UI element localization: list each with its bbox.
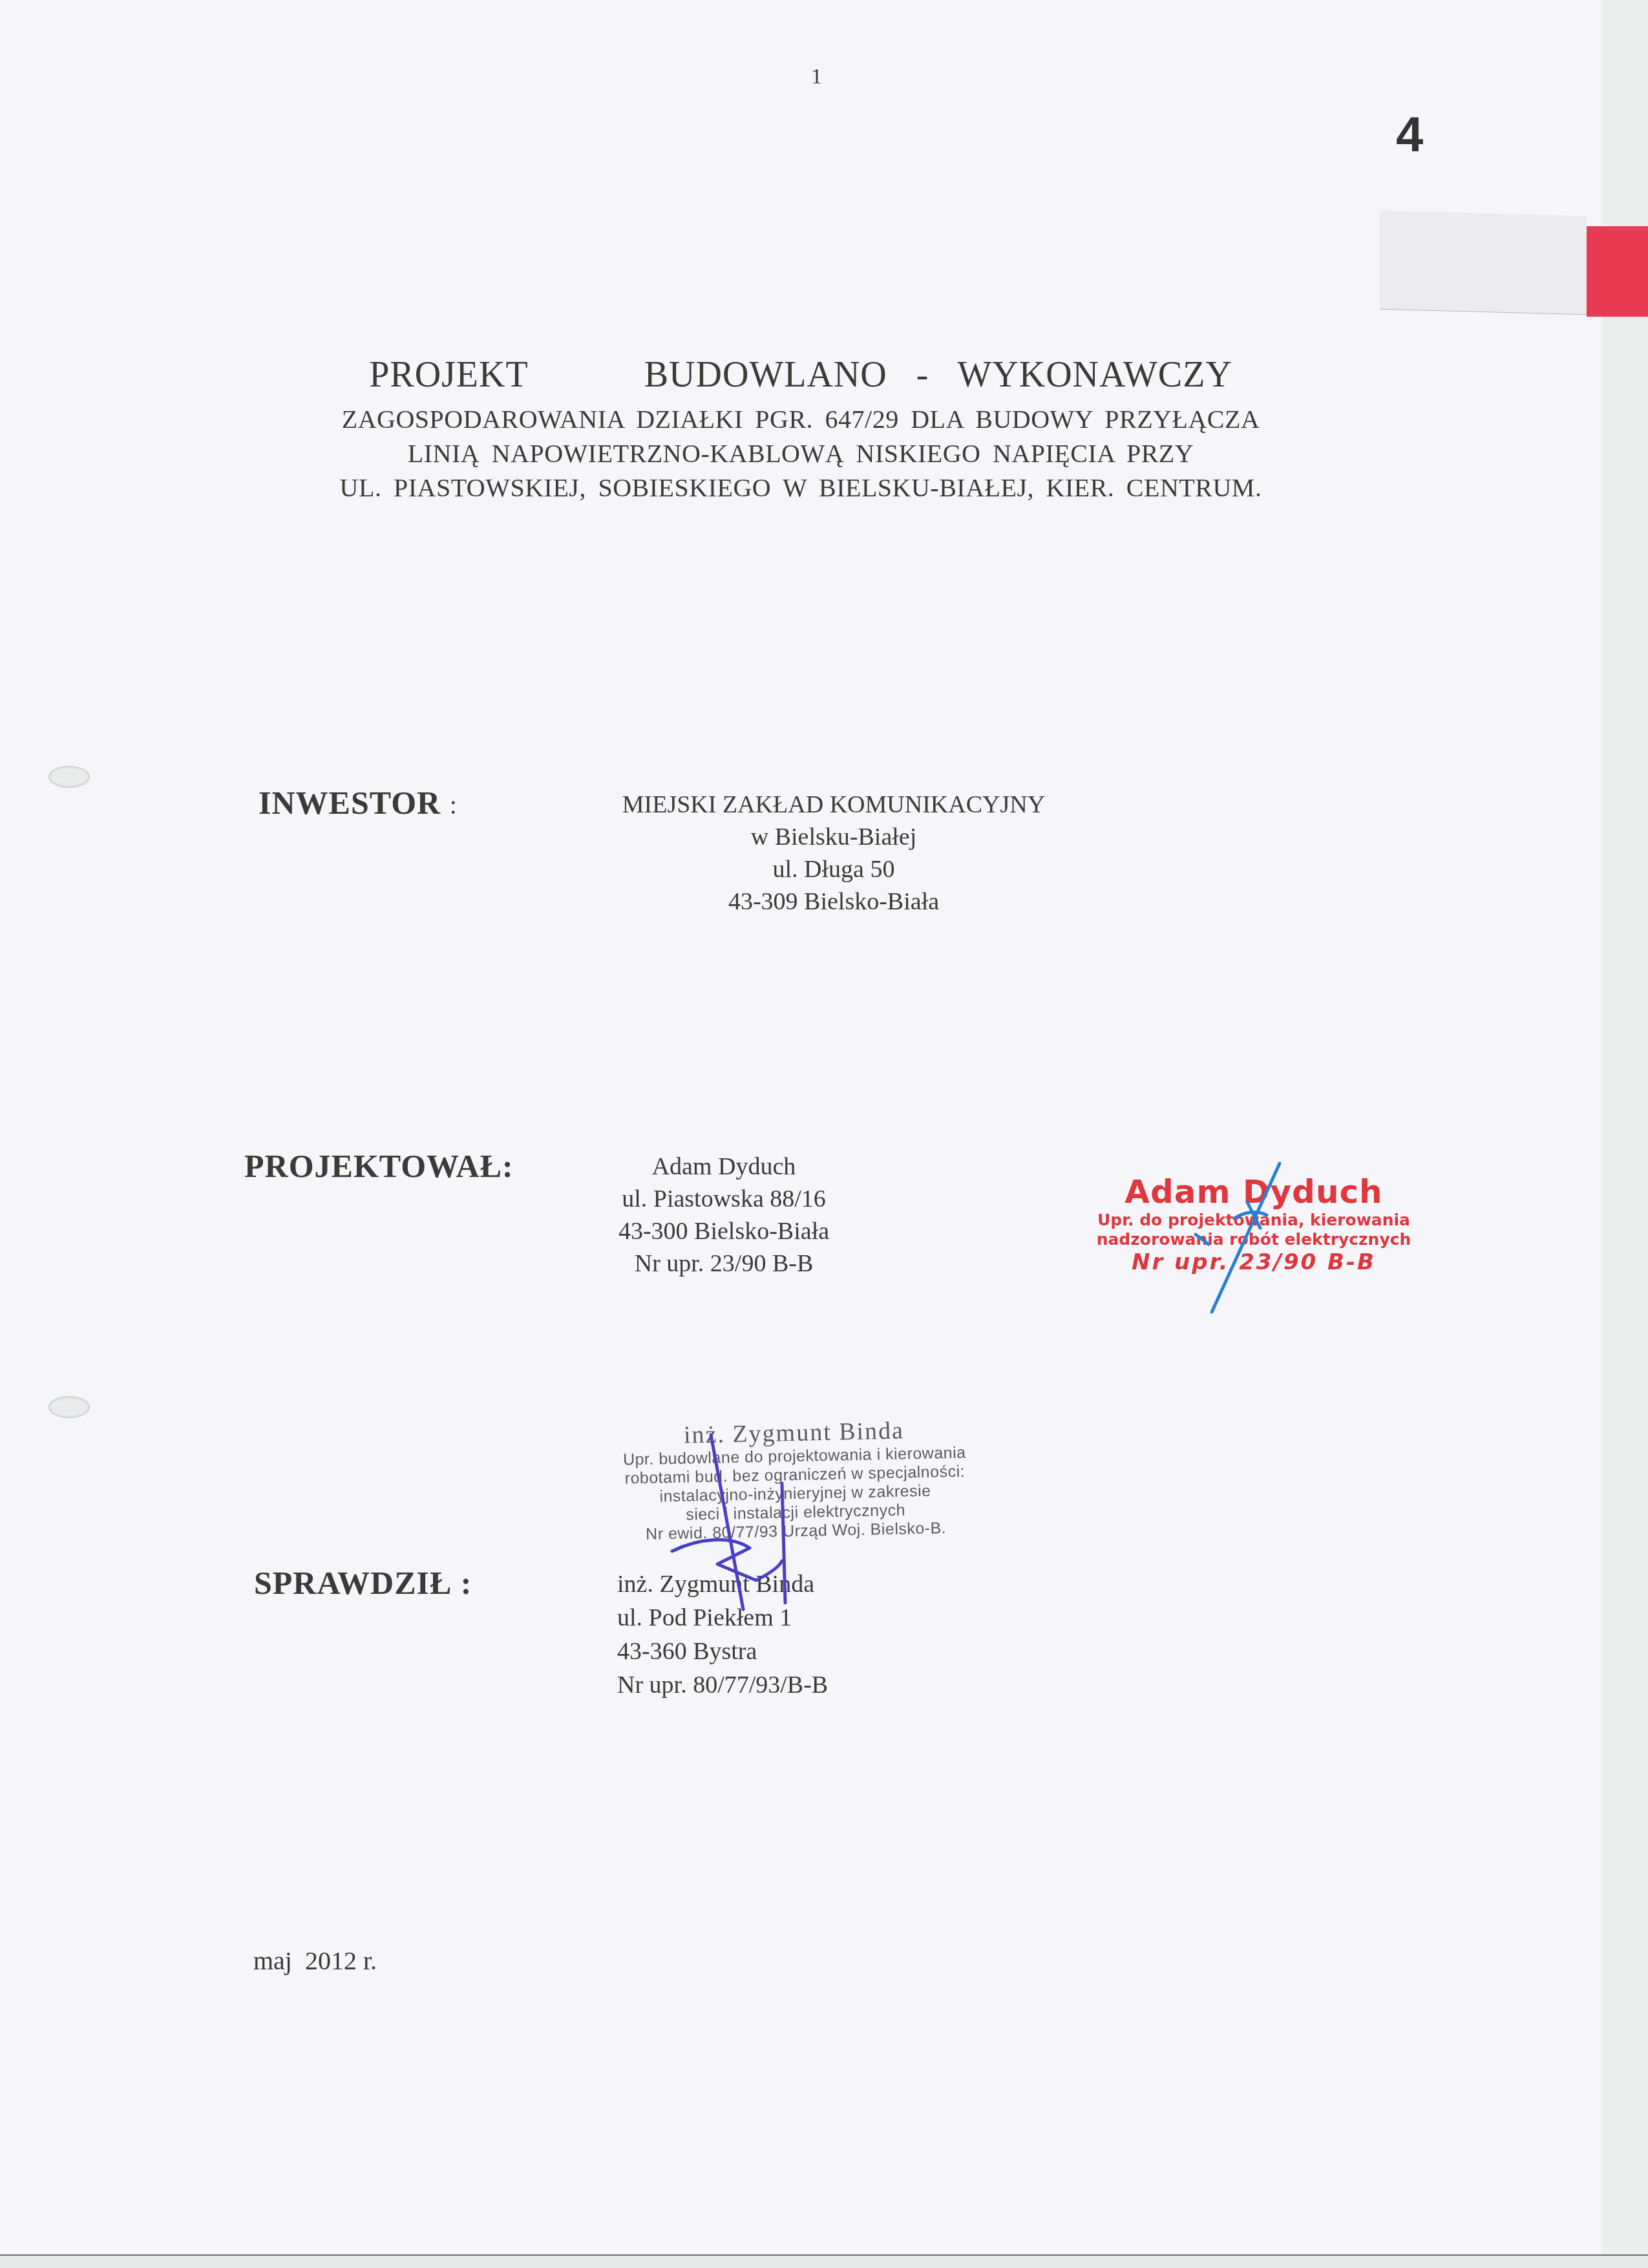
subtitle-line-3: UL. PIASTOWSKIEJ, SOBIESKIEGO W BIELSKU-… [0, 472, 1601, 503]
checker-license: Nr upr. 80/77/93/B-B [617, 1668, 921, 1702]
designer-license: Nr upr. 23/90 B-B [582, 1247, 866, 1280]
investor-label-text: INWESTOR [259, 785, 441, 821]
investor-city: w Bielsku-Białej [556, 821, 1112, 853]
red-index-tab [1587, 226, 1648, 317]
scan-bottom-edge [0, 2254, 1648, 2268]
checker-label: SPRAWDZIŁ : [254, 1564, 472, 1602]
scan-background-edge [1601, 0, 1648, 2268]
checker-stamp: inż. Zygmunt Binda Upr. budowlane do pro… [574, 1414, 1016, 1545]
punch-hole-bottom [48, 1396, 90, 1418]
investor-address: MIEJSKI ZAKŁAD KOMUNIKACYJNY w Bielsku-B… [556, 789, 1112, 918]
investor-label-colon: : [450, 790, 458, 820]
checker-street: ul. Pod Piekłem 1 [617, 1601, 921, 1635]
designer-name: Adam Dyduch [582, 1150, 866, 1183]
investor-postal: 43-309 Bielsko-Biała [556, 885, 1112, 918]
checker-postal: 43-360 Bystra [617, 1635, 921, 1668]
document-title: PROJEKT BUDOWLANO - WYKONAWCZY [0, 354, 1601, 396]
adhesive-tape [1380, 211, 1587, 315]
page-number: 1 [811, 65, 822, 89]
subtitle-line-1: ZAGOSPODAROWANIA DZIAŁKI PGR. 647/29 DLA… [0, 404, 1601, 434]
designer-address: Adam Dyduch ul. Piastowska 88/16 43-300 … [582, 1150, 866, 1280]
checker-address: inż. Zygmunt Binda ul. Pod Piekłem 1 43-… [617, 1567, 921, 1702]
checker-name: inż. Zygmunt Binda [617, 1567, 921, 1601]
investor-street: ul. Długa 50 [556, 853, 1112, 885]
investor-label: INWESTOR : [259, 784, 458, 821]
designer-stamp-line-1: Upr. do projektowania, kierowania [1060, 1211, 1448, 1230]
designer-label: PROJEKTOWAŁ: [244, 1147, 514, 1185]
designer-stamp-line-2: nadzorowania robót elektrycznych [1060, 1230, 1448, 1249]
sheet-number: 4 [1396, 107, 1423, 163]
designer-stamp-number: Nr upr. 23/90 B-B [1060, 1249, 1448, 1275]
designer-stamp-name: Adam Dyduch [1060, 1173, 1448, 1211]
document-page [0, 0, 1601, 2254]
investor-name: MIEJSKI ZAKŁAD KOMUNIKACYJNY [556, 789, 1112, 821]
punch-hole-top [48, 766, 90, 788]
subtitle-line-2: LINIĄ NAPOWIETRZNO-KABLOWĄ NISKIEGO NAPI… [0, 438, 1601, 469]
designer-street: ul. Piastowska 88/16 [582, 1183, 866, 1215]
document-date: maj 2012 r. [253, 1945, 377, 1976]
designer-stamp: Adam Dyduch Upr. do projektowania, kiero… [1060, 1173, 1448, 1275]
designer-postal: 43-300 Bielsko-Biała [582, 1215, 866, 1247]
